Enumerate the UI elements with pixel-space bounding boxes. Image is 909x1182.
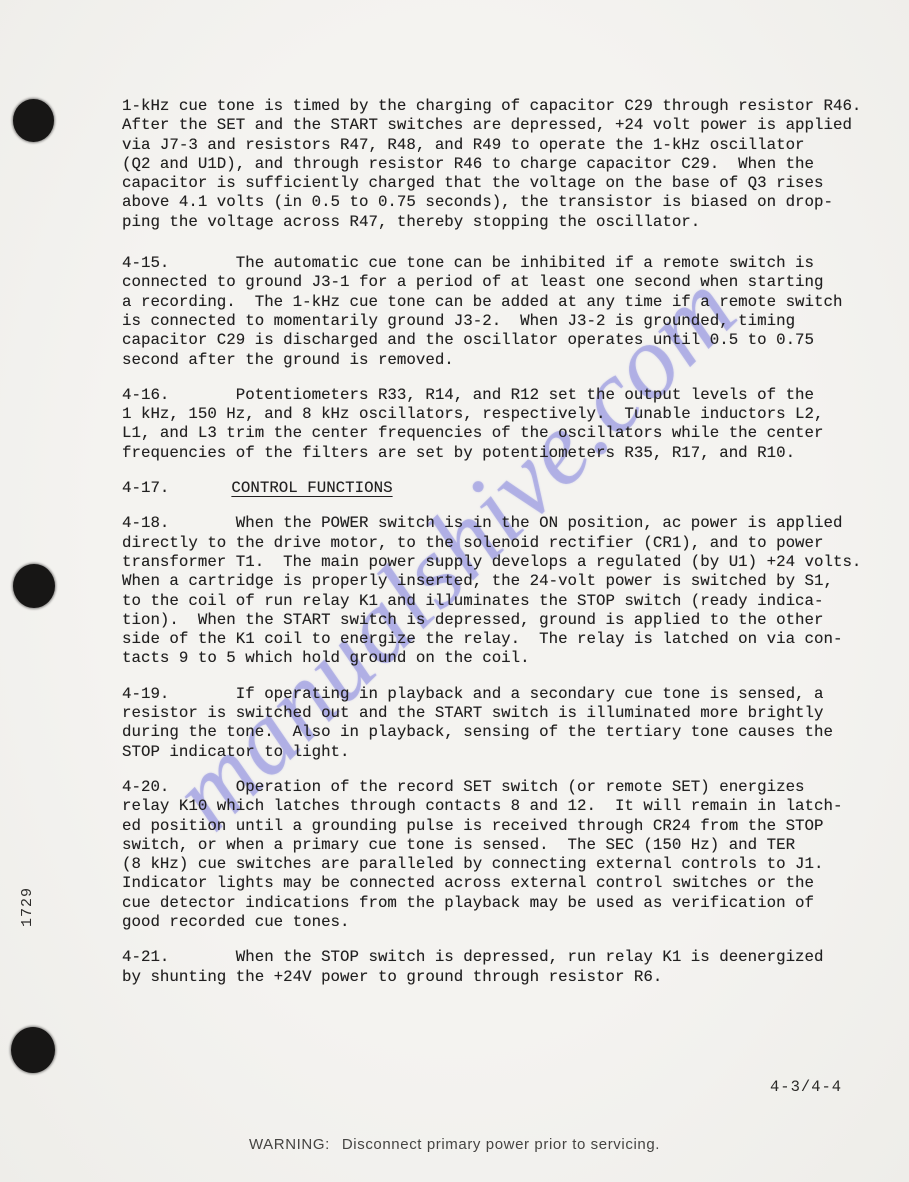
warning-label: WARNING: [249, 1136, 330, 1153]
section-heading-title: CONTROL FUNCTIONS [231, 479, 392, 497]
punch-hole-bottom-icon [11, 1027, 55, 1073]
paragraph-4-20: 4-20. Operation of the record SET switch… [122, 778, 882, 932]
paragraph-4-21: 4-21. When the STOP switch is depressed,… [122, 948, 882, 987]
paragraph-4-19: 4-19. If operating in playback and a sec… [122, 685, 882, 762]
punch-hole-middle-icon [13, 564, 55, 608]
warning-text: Disconnect primary power prior to servic… [342, 1136, 660, 1153]
scanned-manual-page: 1729 manualshive.com 1-kHz cue tone is t… [0, 0, 909, 1182]
punch-hole-top-icon [13, 99, 54, 142]
footer-warning: WARNING:Disconnect primary power prior t… [0, 1136, 909, 1154]
paragraph-4-18: 4-18. When the POWER switch is in the ON… [122, 514, 882, 668]
paragraph-intro: 1-kHz cue tone is timed by the charging … [122, 97, 882, 232]
paragraph-4-15: 4-15. The automatic cue tone can be inhi… [122, 254, 882, 370]
document-body: 1-kHz cue tone is timed by the charging … [122, 97, 882, 1003]
page-number: 4-3/4-4 [770, 1078, 842, 1096]
section-heading: 4-17.CONTROL FUNCTIONS [122, 479, 882, 498]
section-heading-number: 4-17. [122, 479, 169, 497]
spine-code: 1729 [16, 874, 40, 940]
paragraph-4-16: 4-16. Potentiometers R33, R14, and R12 s… [122, 386, 882, 463]
